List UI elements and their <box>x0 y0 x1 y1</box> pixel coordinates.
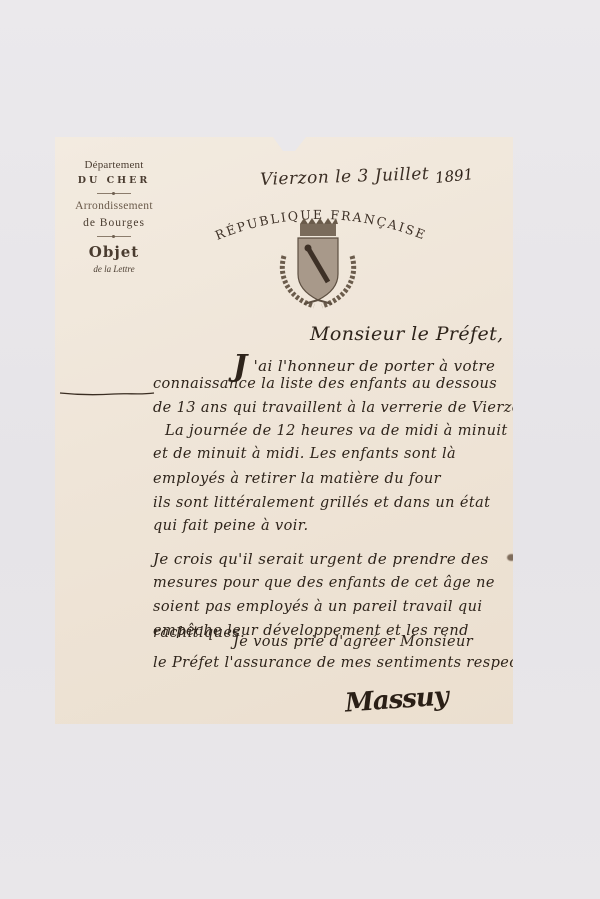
departement-label: Département <box>55 159 173 171</box>
arrondissement-name: de Bourges <box>55 217 173 229</box>
salutation: Monsieur le Préfet, <box>310 323 504 345</box>
body-line: Je crois qu'il serait urgent de prendre … <box>153 550 489 568</box>
place-date: Vierzon le 3 Juillet <box>260 164 430 190</box>
body-line: Je vous prie d'agréer Monsieur <box>233 634 473 650</box>
divider <box>97 193 131 194</box>
departement-name: DU CHER <box>55 175 173 186</box>
body-line: de 13 ans qui travaillent à la verrerie … <box>153 400 536 416</box>
ink-blot <box>507 554 516 561</box>
letter-paper: Département DU CHER Arrondissement de Bo… <box>55 137 513 724</box>
body-line: ils sont littéralement grillés et dans u… <box>153 495 490 511</box>
signature: Massuy <box>344 681 449 718</box>
body-line: le Préfet l'assurance de mes sentiments … <box>153 655 561 671</box>
coat-of-arms-icon <box>274 216 362 312</box>
margin-pen-stroke <box>59 391 155 397</box>
body-line: rachitiques. <box>153 625 245 641</box>
objet-sub: de la Lettre <box>55 264 173 274</box>
divider <box>97 236 131 237</box>
body-line: qui fait peine à voir. <box>153 518 309 534</box>
arrondissement-label: Arrondissement <box>55 200 173 212</box>
body-line: La journée de 12 heures va de midi à min… <box>165 423 508 439</box>
body-line: employés à retirer la matière du four <box>153 471 441 487</box>
body-line: et de minuit à midi. Les enfants sont là <box>153 446 456 462</box>
body-line: mesures pour que des enfants de cet âge … <box>153 575 495 591</box>
objet-label: Objet <box>55 243 173 261</box>
year: 1891 <box>434 165 474 187</box>
body-line: connaissance la liste des enfants au des… <box>153 376 497 392</box>
letterhead-margin: Département DU CHER Arrondissement de Bo… <box>55 159 173 274</box>
body-line: soient pas employés à un pareil travail … <box>153 599 482 615</box>
